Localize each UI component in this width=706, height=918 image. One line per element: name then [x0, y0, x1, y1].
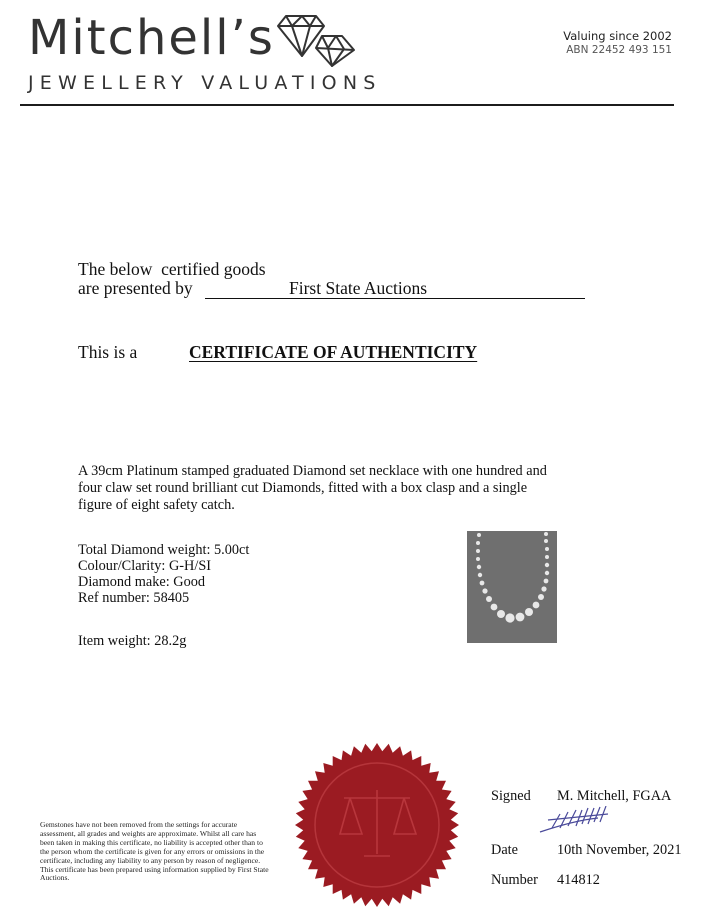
disclaimer-text: Gemstones have not been removed from the…: [40, 821, 270, 883]
intro-line-1: The below certified goods: [78, 259, 266, 280]
certificate-title: CERTIFICATE OF AUTHENTICITY: [189, 342, 477, 363]
brand-subtitle: JEWELLERY VALUATIONS: [28, 72, 382, 94]
abn-number: ABN 22452 493 151: [566, 44, 672, 56]
number-label: Number: [491, 872, 538, 889]
signed-label: Signed: [491, 788, 531, 805]
signature: [538, 806, 618, 834]
item-description: A 39cm Platinum stamped graduated Diamon…: [78, 463, 558, 514]
presenter-name: First State Auctions: [289, 278, 427, 299]
item-specs: Total Diamond weight: 5.00ct Colour/Clar…: [78, 542, 249, 606]
spec-ref-number: Ref number: 58405: [78, 590, 249, 606]
spec-colour-clarity: Colour/Clarity: G-H/SI: [78, 558, 249, 574]
spec-total-weight: Total Diamond weight: 5.00ct: [78, 542, 249, 558]
brand-name: Mitchell’s: [28, 10, 275, 66]
certificate-prefix: This is a: [78, 342, 137, 363]
necklace-photo: [467, 531, 557, 643]
date-label: Date: [491, 842, 518, 859]
signer-name: M. Mitchell, FGAA: [557, 788, 671, 805]
scales-of-justice-icon: [278, 742, 476, 908]
spec-diamond-make: Diamond make: Good: [78, 574, 249, 590]
diamonds-icon: [276, 12, 358, 68]
intro-line-2: are presented by: [78, 278, 193, 299]
item-weight: Item weight: 28.2g: [78, 633, 186, 650]
certificate-number: 414812: [557, 872, 600, 889]
certificate-date: 10th November, 2021: [557, 842, 682, 859]
tagline: Valuing since 2002: [563, 29, 672, 43]
header-divider: [20, 104, 674, 106]
